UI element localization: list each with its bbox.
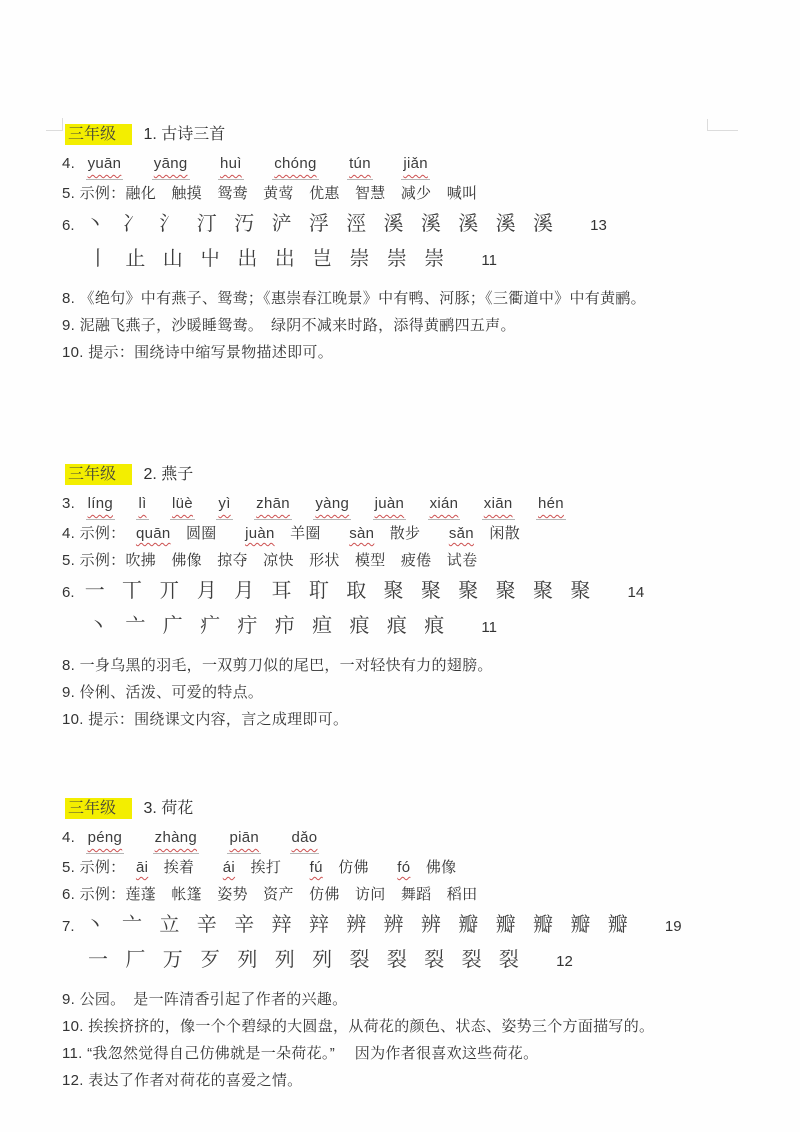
grade-badge: 三年级: [65, 798, 132, 819]
pinyin-answer: zhàng: [153, 824, 199, 854]
grade-badge: 三年级: [65, 464, 132, 485]
pinyin-answer: hén: [536, 490, 566, 520]
section-heading: 三年级 2. 燕子: [62, 461, 768, 488]
answer-line-q3-pinyin: 3. líng lì lüè yì zhān yàng juàn xián xi…: [62, 490, 768, 520]
word: 闲散: [489, 525, 520, 542]
stroke-order-line-hen: 丶 亠 广 疒 疔 疖 疸 痕 痕 痕 11: [62, 609, 768, 644]
pinyin-inline: fó: [397, 859, 410, 876]
answer-line-q4-mixed: 4. 示例： quān 圆圈 juàn 羊圈 sàn 散步 sǎn 闲散: [62, 520, 768, 547]
pinyin-inline: ái: [223, 859, 235, 876]
question-number: 3.: [62, 495, 75, 512]
pinyin-inline: fú: [310, 859, 323, 876]
answer-line-q8: 8. 《绝句》中有燕子、鸳鸯；《惠崇春江晚景》中有鸭、河豚；《三衢道中》中有黄鹂…: [62, 285, 768, 312]
stroke-order-sequence: 丶 亠 广 疒 疔 疖 疸 痕 痕 痕: [88, 613, 445, 637]
answer-line-q10: 10. 提示：围绕课文内容，言之成理即可。: [62, 706, 768, 733]
question-number: 4.: [62, 155, 75, 172]
pinyin-answer: yì: [216, 490, 232, 520]
question-number: 7.: [62, 918, 75, 935]
pinyin-answer: dǎo: [290, 824, 320, 854]
pinyin-answer: xiān: [482, 490, 515, 520]
pinyin-answer: líng: [86, 490, 115, 520]
stroke-count: 12: [556, 953, 573, 970]
pinyin-answer: tún: [347, 150, 373, 180]
pinyin-answer: piān: [227, 824, 261, 854]
stroke-order-sequence: 丶 冫 氵 汀 汅 浐 浮 涇 溪 溪 溪 溪 溪: [85, 211, 554, 235]
question-number: 4. 示例：: [62, 525, 125, 542]
section-title: 1. 古诗三首: [143, 126, 225, 143]
stroke-order-sequence: 丨 止 山 屮 出 岀 岂 崇 崇 崇: [88, 246, 445, 270]
pinyin-answer: yāng: [152, 150, 190, 180]
answer-line-q9: 9. 伶俐、活泼、可爱的特点。: [62, 679, 768, 706]
question-number: 4.: [62, 829, 75, 846]
section-title: 2. 燕子: [143, 466, 193, 483]
stroke-count: 13: [590, 217, 607, 234]
stroke-order-sequence: 一 丅 丌 月 月 耳 耵 取 聚 聚 聚 聚 聚 聚: [85, 578, 592, 602]
pinyin-answer: lüè: [170, 490, 195, 520]
pinyin-answer: péng: [86, 824, 125, 854]
stroke-order-line-ju: 6. 一 丅 丌 月 月 耳 耵 取 聚 聚 聚 聚 聚 聚 14: [62, 574, 768, 609]
answer-line-q5: 5. 示例：融化 触摸 鸳鸯 黄莺 优惠 智慧 减少 喊叫: [62, 180, 768, 207]
answer-line-q5: 5. 示例：吹拂 佛像 掠夺 凉快 形状 模型 疲倦 试卷: [62, 547, 768, 574]
scan-corner-mark-left: [46, 118, 63, 131]
page-content: 三年级 1. 古诗三首 4. yuān yāng huì chóng tún j…: [62, 0, 768, 1094]
pinyin-answer: yàng: [313, 490, 351, 520]
word: 挨着: [164, 859, 195, 876]
stroke-order-line-lie: 一 厂 万 歹 列 列 列 裂 裂 裂 裂 裂 12: [62, 943, 768, 978]
stroke-count: 11: [481, 252, 497, 269]
stroke-order-line-chong: 丨 止 山 屮 出 岀 岂 崇 崇 崇 11: [62, 242, 768, 277]
section-title: 3. 荷花: [143, 800, 193, 817]
answer-line-q9: 9. 公园。 是一阵清香引起了作者的兴趣。: [62, 986, 768, 1013]
pinyin-answer: yuān: [86, 150, 124, 180]
answer-section-3: 三年级 3. 荷花 4. péng zhàng piān dǎo 5. 示例： …: [62, 795, 768, 1094]
stroke-order-line-xi: 6. 丶 冫 氵 汀 汅 浐 浮 涇 溪 溪 溪 溪 溪 13: [62, 207, 768, 242]
pinyin-answer: xián: [428, 490, 461, 520]
section-heading: 三年级 1. 古诗三首: [62, 121, 768, 148]
pinyin-answer: zhān: [254, 490, 292, 520]
question-number: 5. 示例：: [62, 859, 125, 876]
word: 挨打: [251, 859, 282, 876]
pinyin-answer: juàn: [373, 490, 407, 520]
grade-badge: 三年级: [65, 124, 132, 145]
stroke-order-line-ban: 7. 丶 亠 立 辛 辛 辡 辡 辨 辨 辨 瓣 瓣 瓣 瓣 瓣 19: [62, 908, 768, 943]
word: 散步: [390, 525, 421, 542]
stroke-count: 11: [481, 619, 497, 636]
answer-line-q4-pinyin: 4. péng zhàng piān dǎo: [62, 824, 768, 854]
pinyin-answer: chóng: [272, 150, 318, 180]
scanned-worksheet-page: 三年级 1. 古诗三首 4. yuān yāng huì chóng tún j…: [0, 0, 800, 1132]
stroke-count: 19: [665, 918, 682, 935]
answer-line-q5-mixed: 5. 示例： āi 挨着 ái 挨打 fú 仿佛 fó 佛像: [62, 854, 768, 881]
stroke-order-sequence: 丶 亠 立 辛 辛 辡 辡 辨 辨 辨 瓣 瓣 瓣 瓣 瓣: [85, 912, 629, 936]
pinyin-inline: āi: [136, 859, 148, 876]
answer-line-q6: 6. 示例：莲蓬 帐篷 姿势 资产 仿佛 访问 舞蹈 稻田: [62, 881, 768, 908]
answer-line-q10: 10. 提示：围绕诗中缩写景物描述即可。: [62, 339, 768, 366]
answer-section-2: 三年级 2. 燕子 3. líng lì lüè yì zhān yàng ju…: [62, 461, 768, 733]
pinyin-inline: juàn: [245, 525, 275, 542]
answer-line-q9: 9. 泥融飞燕子，沙暖睡鸳鸯。 绿阴不减来时路，添得黄鹂四五声。: [62, 312, 768, 339]
word: 圆圈: [186, 525, 217, 542]
word: 仿佛: [338, 859, 369, 876]
answer-line-q8: 8. 一身乌黑的羽毛，一双剪刀似的尾巴，一对轻快有力的翅膀。: [62, 652, 768, 679]
stroke-order-sequence: 一 厂 万 歹 列 列 列 裂 裂 裂 裂 裂: [88, 947, 520, 971]
pinyin-answer: jiǎn: [401, 150, 430, 180]
question-number: 6.: [62, 584, 75, 601]
answer-line-q4-pinyin: 4. yuān yāng huì chóng tún jiǎn: [62, 150, 768, 180]
pinyin-answer: lì: [136, 490, 148, 520]
question-number: 6.: [62, 217, 75, 234]
pinyin-inline: quān: [136, 525, 171, 542]
pinyin-inline: sǎn: [449, 525, 474, 542]
stroke-count: 14: [628, 584, 645, 601]
answer-section-1: 三年级 1. 古诗三首 4. yuān yāng huì chóng tún j…: [62, 121, 768, 366]
word: 佛像: [426, 859, 457, 876]
answer-line-q11: 11. “我忽然觉得自己仿佛就是一朵荷花。” 因为作者很喜欢这些荷花。: [62, 1040, 768, 1067]
answer-line-q12: 12. 表达了作者对荷花的喜爱之情。: [62, 1067, 768, 1094]
pinyin-inline: sàn: [349, 525, 374, 542]
word: 羊圈: [290, 525, 321, 542]
section-heading: 三年级 3. 荷花: [62, 795, 768, 822]
pinyin-answer: huì: [218, 150, 244, 180]
answer-line-q10: 10. 挨挨挤挤的，像一个个碧绿的大圆盘，从荷花的颜色、状态、姿势三个方面描写的…: [62, 1013, 768, 1040]
